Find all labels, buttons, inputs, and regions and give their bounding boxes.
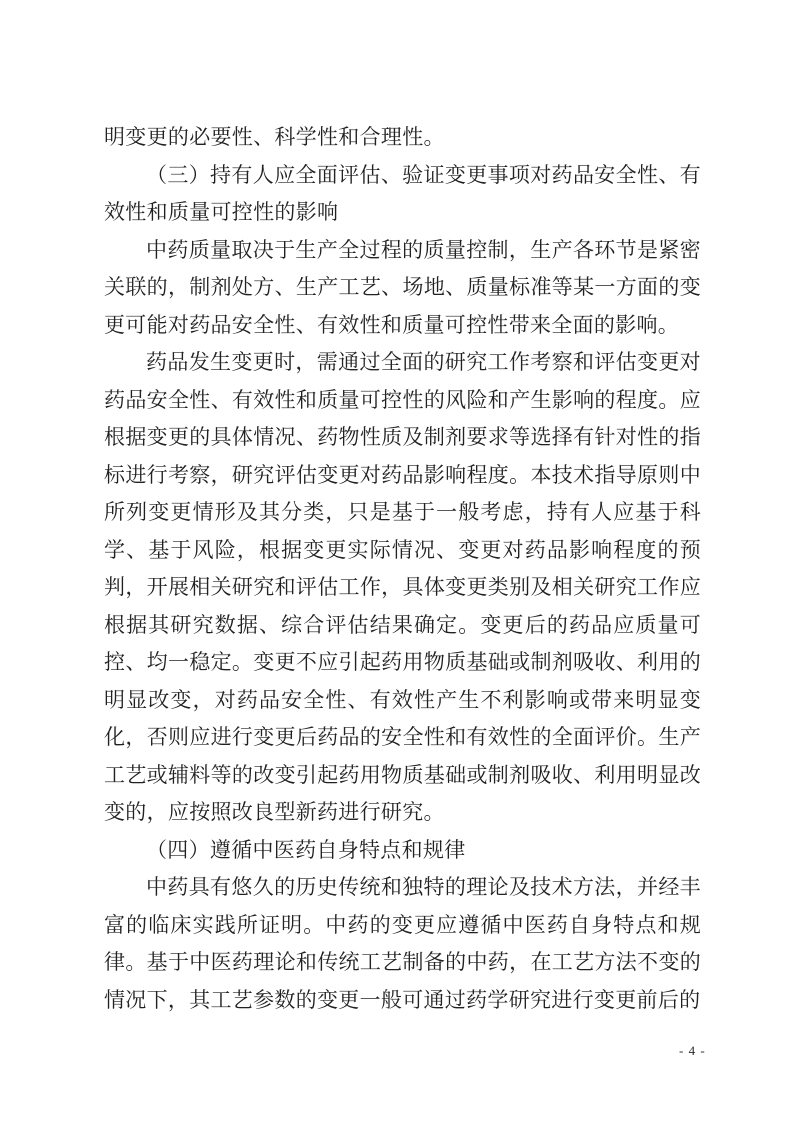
paragraph-change-evaluation: 药品发生变更时，需通过全面的研究工作考察和评估变更对药品安全性、有效性和质量可控… bbox=[104, 344, 701, 832]
document-text-block: 明变更的必要性、科学性和合理性。 （三）持有人应全面评估、验证变更事项对药品安全… bbox=[104, 119, 701, 1019]
section-heading-3: （三）持有人应全面评估、验证变更事项对药品安全性、有效性和质量可控性的影响 bbox=[104, 157, 701, 232]
section-heading-4: （四）遵循中医药自身特点和规律 bbox=[104, 832, 701, 870]
paragraph-continuation: 明变更的必要性、科学性和合理性。 bbox=[104, 119, 701, 157]
paragraph-tcm-tradition: 中药具有悠久的历史传统和独特的理论及技术方法，并经丰富的临床实践所证明。中药的变… bbox=[104, 869, 701, 1019]
paragraph-quality-control: 中药质量取决于生产全过程的质量控制，生产各环节是紧密关联的，制剂处方、生产工艺、… bbox=[104, 232, 701, 345]
document-page: 明变更的必要性、科学性和合理性。 （三）持有人应全面评估、验证变更事项对药品安全… bbox=[0, 0, 800, 1131]
page-number: - 4 - bbox=[679, 1043, 706, 1059]
